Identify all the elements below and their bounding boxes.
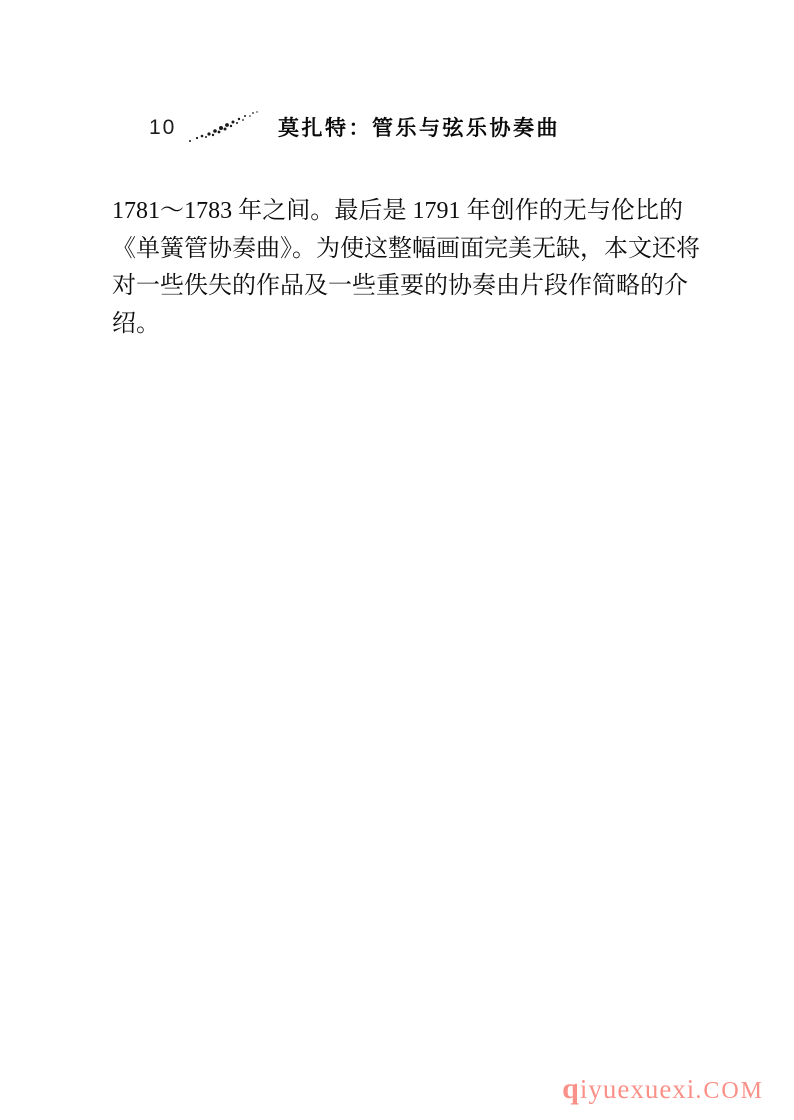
- page-number: 10: [149, 116, 176, 140]
- body-line-3: 对一些佚失的作品及一些重要的协奏由片段作简略的介: [112, 268, 683, 306]
- body-line-2: 《单簧管协奏曲》。为使这整幅画面完美无缺，本文还将: [112, 231, 683, 269]
- body-line-1: 1781～1783 年之间。最后是 1791 年创作的无与伦比的: [112, 193, 683, 231]
- running-header-title: 莫扎特：管乐与弦乐协奏曲: [278, 112, 560, 142]
- watermark-middle: iyuexuexi: [580, 1074, 695, 1104]
- scanned-book-page: 10: [0, 0, 794, 1120]
- watermark-suffix: .COM: [695, 1078, 764, 1104]
- body-paragraph: 1781～1783 年之间。最后是 1791 年创作的无与伦比的 《单簧管协奏曲…: [112, 193, 683, 343]
- watermark-q: q: [562, 1072, 580, 1105]
- body-line-4: 绍。: [112, 306, 683, 344]
- site-watermark: qiyuexuexi.COM: [562, 1072, 764, 1106]
- quill-sketch-icon: [187, 110, 259, 146]
